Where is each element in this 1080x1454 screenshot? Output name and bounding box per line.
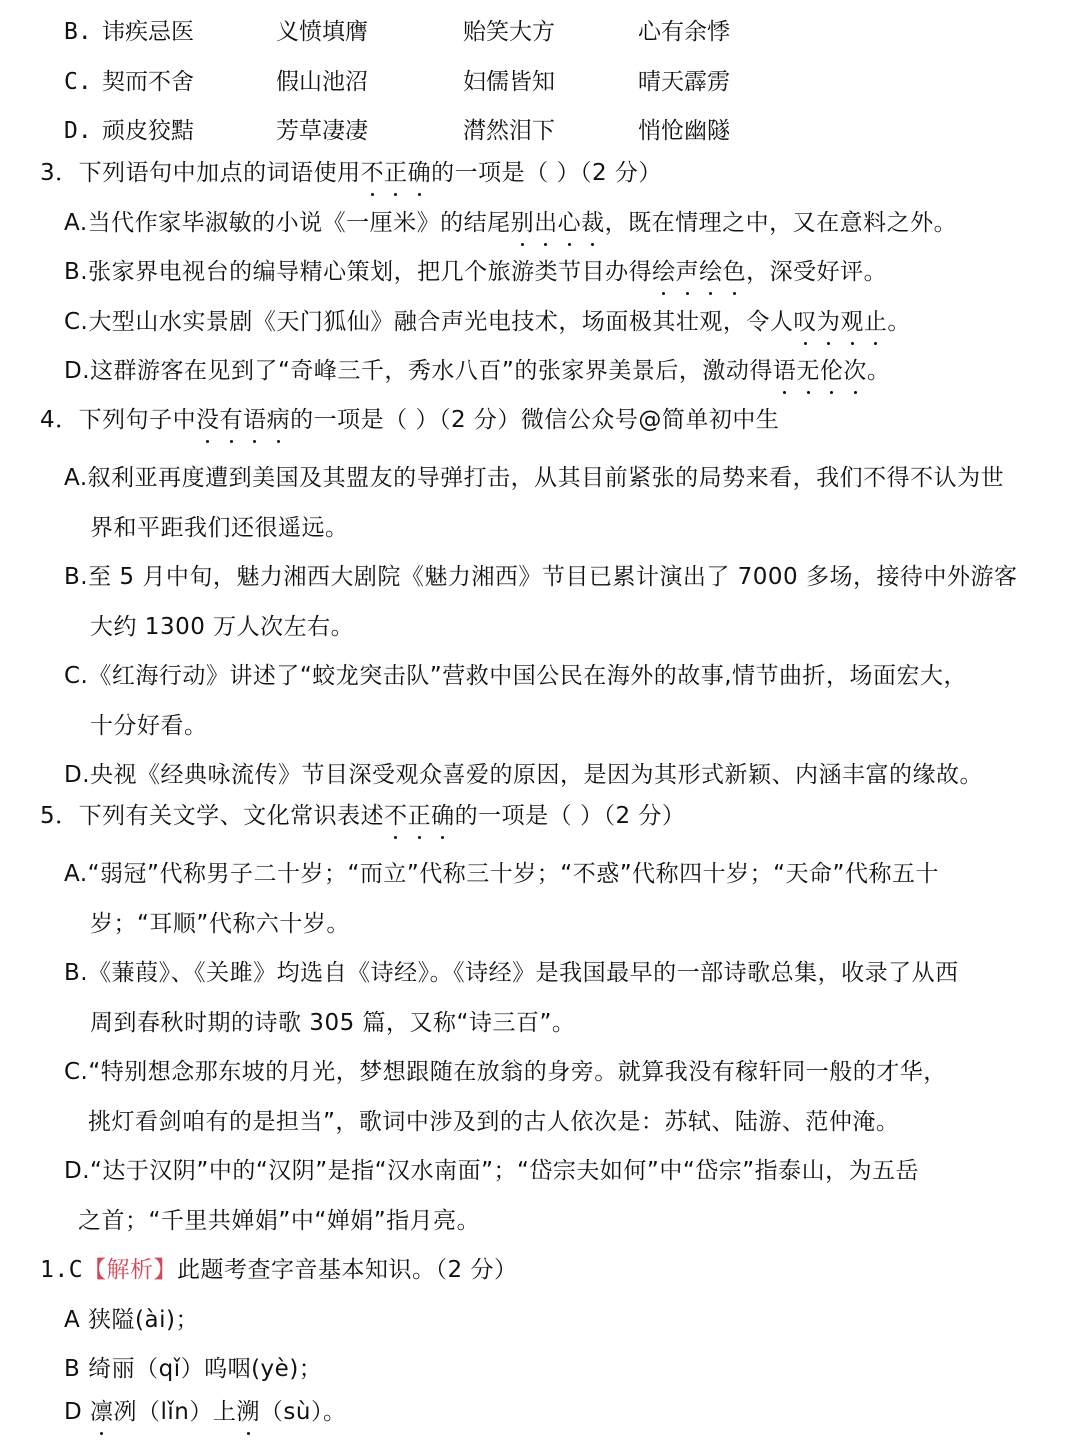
q3-stem: 3．下列语句中加点的词语使用不正确的一项是（ ）（2 分）: [40, 158, 662, 188]
option-text: A.当代作家毕淑敏的小说《一厘米》的结尾: [64, 210, 511, 236]
dotted-char: 伦: [820, 356, 844, 386]
q5-option-b-line2: 周到春秋时期的诗歌 305 篇，又称“诗三百”。: [90, 1008, 575, 1038]
dotted-char: 绘: [699, 257, 723, 287]
option-label: C.: [64, 67, 92, 97]
q5-option-a-line1: A.“弱冠”代称男子二十岁；“而立”代称三十岁；“不惑”代称四十岁；“天命”代称…: [64, 859, 939, 889]
dotted-char: 心: [558, 208, 582, 238]
answer-heading: 1.C【解析】此题考查字音基本知识。（2 分）: [40, 1255, 518, 1285]
answer-text: D: [64, 1399, 90, 1425]
dotted-char: 正: [408, 801, 432, 831]
dotted-char: 止: [864, 307, 888, 337]
option-text: ，深受好评。: [746, 259, 887, 285]
dotted-char: 观: [840, 307, 864, 337]
stem-text: 的一项是（ ）（2 分）: [455, 803, 686, 829]
stem-text: 5．下列有关文学、文化常识表述: [40, 803, 384, 829]
answer-description: 此题考查字音基本知识。（2 分）: [177, 1257, 517, 1283]
option-text: 。: [867, 358, 891, 384]
dotted-char: 确: [431, 801, 455, 831]
emphasis-dotted: 不正确: [361, 160, 432, 186]
option-text: B.张家界电视台的编导精心策划，把几个旅游类节目办得: [64, 259, 652, 285]
word: 潸然泪下: [463, 116, 555, 146]
option-label: D.: [64, 116, 92, 146]
emphasis-dotted-char: 凛: [90, 1397, 114, 1427]
emphasis-dotted: 别出心裁: [511, 210, 605, 236]
emphasis-dotted: 叹为观止: [793, 309, 887, 335]
stem-text: 的一项是（ ）（2 分）: [431, 160, 662, 186]
word: 晴天霹雳: [638, 67, 730, 97]
emphasis-dotted: 语无伦次: [773, 358, 867, 384]
word: 心有余悸: [638, 17, 730, 47]
word: 悄怆幽隧: [638, 116, 730, 146]
word: 假山池沼: [276, 67, 368, 97]
dotted-char: 为: [817, 307, 841, 337]
q4-option-b-line2: 大约 1300 万人次左右。: [90, 612, 354, 642]
dotted-char: 色: [723, 257, 747, 287]
dotted-char: 无: [796, 356, 820, 386]
word: 义愤填膺: [276, 17, 368, 47]
dotted-char: 出: [534, 208, 558, 238]
emphasis-dotted-char: 溯: [236, 1397, 260, 1427]
word: 妇儒皆知: [463, 67, 555, 97]
answer-number: 1.C: [40, 1257, 83, 1283]
word: 芳草凄凄: [276, 116, 368, 146]
q4-option-b-line1: B.至 5 月中旬，魅力湘西大剧院《魅力湘西》节目已累计演出了 7000 多场，…: [64, 562, 1018, 592]
option-text: D.这群游客在见到了“奇峰三千，秀水八百”的张家界美景后，激动得: [64, 358, 773, 384]
dotted-char: 确: [408, 158, 432, 188]
dotted-char: 声: [676, 257, 700, 287]
q3-option-c: C.大型山水实景剧《天门狐仙》融合声光电技术，场面极其壮观，令人叹为观止。: [64, 307, 911, 337]
dotted-char: 没: [196, 405, 220, 435]
dotted-char: 语: [243, 405, 267, 435]
dotted-char: 绘: [652, 257, 676, 287]
answer-d: D 凛冽（lǐn）上溯（sù）。: [64, 1397, 346, 1427]
dotted-char: 不: [384, 801, 408, 831]
q4-option-c-line2: 十分好看。: [90, 711, 208, 741]
stem-text: 的一项是（ ）（2 分）微信公众号@简单初中生: [290, 407, 779, 433]
q3-option-d: D.这群游客在见到了“奇峰三千，秀水八百”的张家界美景后，激动得语无伦次。: [64, 356, 890, 386]
answer-a: A 狭隘(ài)；: [64, 1305, 199, 1335]
q5-stem: 5．下列有关文学、文化常识表述不正确的一项是（ ）（2 分）: [40, 801, 685, 831]
dotted-char: 病: [267, 405, 291, 435]
emphasis-dotted: 绘声绘色: [652, 259, 746, 285]
q4-stem: 4．下列句子中没有语病的一项是（ ）（2 分）微信公众号@简单初中生: [40, 405, 779, 435]
word: 顽皮狡黠: [102, 116, 194, 146]
q5-option-a-line2: 岁；“耳顺”代称六十岁。: [90, 909, 350, 939]
answer-text: 冽（lǐn）上: [114, 1399, 237, 1425]
analysis-tag: 【解析】: [83, 1257, 177, 1283]
word: 贻笑大方: [463, 17, 555, 47]
option-label: B.: [64, 17, 92, 47]
dotted-char: 裁: [581, 208, 605, 238]
answer-text: （sù）。: [260, 1399, 347, 1425]
word: 契而不舍: [102, 67, 194, 97]
emphasis-dotted: 不正确: [384, 803, 455, 829]
stem-text: 3．下列语句中加点的词语使用: [40, 160, 361, 186]
dotted-char: 次: [843, 356, 867, 386]
q3-option-a: A.当代作家毕淑敏的小说《一厘米》的结尾别出心裁，既在情理之中，又在意料之外。: [64, 208, 957, 238]
q4-option-a-line2: 界和平距我们还很遥远。: [90, 513, 349, 543]
dotted-char: 语: [773, 356, 797, 386]
word: 讳疾忌医: [102, 17, 194, 47]
q5-option-d-line1: D.“达于汉阴”中的“汉阴”是指“汉水南面”；“岱宗夫如何”中“岱宗”指泰山，为…: [64, 1156, 919, 1186]
dotted-char: 有: [220, 405, 244, 435]
q5-option-c-line2: 挑灯看剑咱有的是担当”，歌词中涉及到的古人依次是：苏轼、陆游、范仲淹。: [88, 1107, 899, 1137]
dotted-char: 叹: [793, 307, 817, 337]
option-text: C.大型山水实景剧《天门狐仙》融合声光电技术，场面极其壮观，令人: [64, 309, 793, 335]
q4-option-c-line1: C.《红海行动》讲述了“蛟龙突击队”营救中国公民在海外的故事,情节曲折，场面宏大…: [64, 661, 967, 691]
dotted-char: 正: [384, 158, 408, 188]
q5-option-b-line1: B.《蒹葭》、《关雎》均选自《诗经》。《诗经》是我国最早的一部诗歌总集，收录了从…: [64, 958, 959, 988]
q5-option-c-line1: C.“特别想念那东坡的月光，梦想跟随在放翁的身旁。就算我没有稼轩同一般的才华，: [64, 1057, 947, 1087]
option-text: 。: [887, 309, 911, 335]
q4-option-d: D.央视《经典咏流传》节目深受观众喜爱的原因，是因为其形式新颖、内涵丰富的缘故。: [64, 760, 983, 790]
option-text: ，既在情理之中，又在意料之外。: [605, 210, 958, 236]
answer-b: B 绮丽（qǐ）呜咽(yè)；: [64, 1354, 322, 1384]
emphasis-dotted: 没有语病: [196, 407, 290, 433]
dotted-char: 不: [361, 158, 385, 188]
q5-option-d-line2: 之首；“千里共婵娟”中“婵娟”指月亮。: [78, 1206, 480, 1236]
q4-option-a-line1: A.叙利亚再度遭到美国及其盟友的导弹打击，从其目前紧张的局势来看，我们不得不认为…: [64, 463, 1004, 493]
dotted-char: 别: [511, 208, 535, 238]
stem-text: 4．下列句子中: [40, 407, 196, 433]
q3-option-b: B.张家界电视台的编导精心策划，把几个旅游类节目办得绘声绘色，深受好评。: [64, 257, 887, 287]
